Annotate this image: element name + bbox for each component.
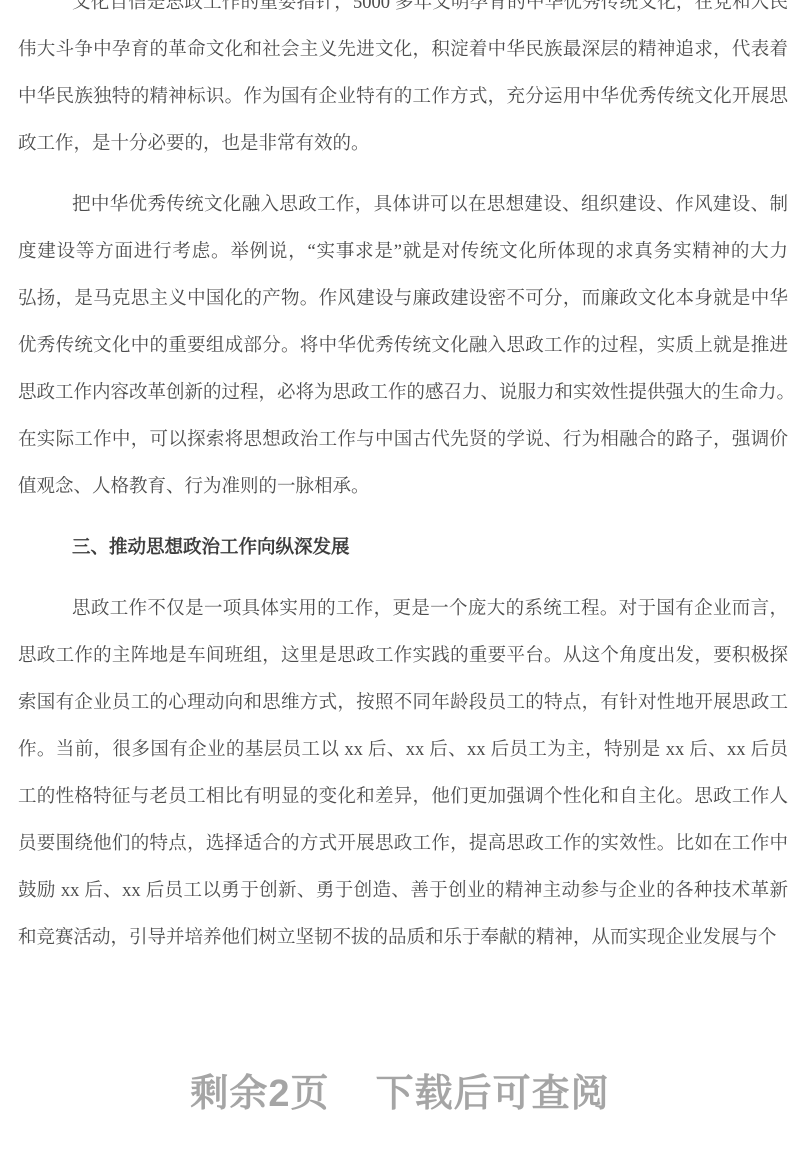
paragraph: 把中华优秀传统文化融入思政工作，具体讲可以在思想建设、组织建设、作风建设、制度建… (18, 182, 788, 511)
text-line: 优秀传统文化中的重要组成部分。将中华优秀传统文化融入思政工作的过程，实质上就是推… (18, 323, 788, 370)
text-line: 政工作，是十分必要的，也是非常有效的。 (18, 121, 788, 168)
text-line: 文化自信是思政工作的重要指针，5000 多年文明孕育的中华优秀传统文化，在党和人… (18, 0, 788, 27)
text-line: 思政工作内容改革创新的过程，必将为思政工作的感召力、说服力和实效性提供强大的生命… (18, 370, 788, 417)
text-line: 值观念、人格教育、行为准则的一脉相承。 (18, 464, 788, 511)
document-content: 文化自信是思政工作的重要指针，5000 多年文明孕育的中华优秀传统文化，在党和人… (18, 0, 788, 976)
document-page: 文化自信是思政工作的重要指针，5000 多年文明孕育的中华优秀传统文化，在党和人… (0, 0, 800, 1166)
text-line: 工的性格特征与老员工相比有明显的变化和差异，他们更加强调个性化和自主化。思政工作… (18, 774, 788, 821)
text-line: 弘扬，是马克思主义中国化的产物。作风建设与廉政建设密不可分，而廉政文化本身就是中… (18, 276, 788, 323)
text-line: 中华民族独特的精神标识。作为国有企业特有的工作方式，充分运用中华优秀传统文化开展… (18, 74, 788, 121)
text-line: 把中华优秀传统文化融入思政工作，具体讲可以在思想建设、组织建设、作风建设、制 (18, 182, 788, 229)
text-line: 和竞赛活动，引导并培养他们树立坚韧不拔的品质和乐于奉献的精神，从而实现企业发展与… (18, 915, 788, 962)
paragraph: 文化自信是思政工作的重要指针，5000 多年文明孕育的中华优秀传统文化，在党和人… (18, 0, 788, 168)
text-line: 思政工作不仅是一项具体实用的工作，更是一个庞大的系统工程。对于国有企业而言， (18, 586, 788, 633)
section-heading: 三、推动思想政治工作向纵深发展 (18, 525, 788, 572)
preview-footer: 剩余2页下载后可查阅 (0, 1062, 800, 1117)
text-line: 度建设等方面进行考虑。举例说，“实事求是”就是对传统文化所体现的求真务实精神的大… (18, 229, 788, 276)
text-line: 在实际工作中，可以探索将思想政治工作与中国古代先贤的学说、行为相融合的路子，强调… (18, 417, 788, 464)
remaining-pages-label: 剩余2页 (190, 1073, 329, 1115)
text-line: 三、推动思想政治工作向纵深发展 (18, 525, 788, 572)
download-hint-label: 下载后可查阅 (376, 1073, 610, 1115)
text-line: 鼓励 xx 后、xx 后员工以勇于创新、勇于创造、善于创业的精神主动参与企业的各… (18, 868, 788, 915)
paragraph: 思政工作不仅是一项具体实用的工作，更是一个庞大的系统工程。对于国有企业而言，思政… (18, 586, 788, 962)
text-line: 作。当前，很多国有企业的基层员工以 xx 后、xx 后、xx 后员工为主，特别是… (18, 727, 788, 774)
text-line: 伟大斗争中孕育的革命文化和社会主义先进文化，积淀着中华民族最深层的精神追求，代表… (18, 27, 788, 74)
text-line: 员要围绕他们的特点，选择适合的方式开展思政工作，提高思政工作的实效性。比如在工作… (18, 821, 788, 868)
text-line: 索国有企业员工的心理动向和思维方式，按照不同年龄段员工的特点，有针对性地开展思政… (18, 680, 788, 727)
text-line: 思政工作的主阵地是车间班组，这里是思政工作实践的重要平台。从这个角度出发，要积极… (18, 633, 788, 680)
